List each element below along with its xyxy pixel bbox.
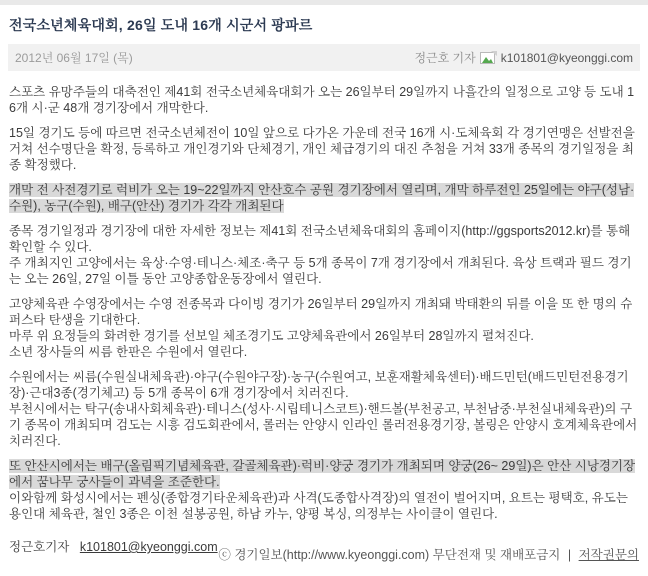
footer-separator: | — [568, 548, 571, 562]
paragraph-text: 15일 경기도 등에 따르면 전국소년체전이 10일 앞으로 다가온 가운데 전… — [9, 126, 638, 172]
reporter-email-link[interactable]: k101801@kyeonggi.com — [501, 51, 633, 65]
article-date: 2012년 06월 17일 (목) — [15, 49, 133, 66]
article-paragraph: 또 안산시에서는 배구(올림픽기념체육관, 갈골체육관)·럭비·양궁 경기가 개… — [9, 458, 639, 522]
copyright-text: ⓒ 경기일보(http://www.kyeonggi.com) 무단전재 및 재… — [218, 548, 560, 562]
signature-name: 정근호기자 — [9, 540, 69, 554]
reporter-info: 정근호 기자 k101801@kyeonggi.com — [414, 49, 633, 66]
article-paragraph: 15일 경기도 등에 따르면 전국소년체전이 10일 앞으로 다가온 가운데 전… — [9, 125, 639, 173]
highlighted-text: 또 안산시에서는 배구(올림픽기념체육관, 갈골체육관)·럭비·양궁 경기가 개… — [9, 459, 635, 489]
article-body: 스포츠 유망주들의 대축전인 제41회 전국소년체육대회가 오는 26일부터 2… — [9, 84, 639, 522]
email-image-icon — [480, 51, 497, 65]
reporter-name-label: 정근호 기자 — [414, 49, 475, 66]
paragraph-text: 종목 경기일정과 경기장에 대한 자세한 정보는 제41회 전국소년체육대회의 … — [9, 224, 634, 286]
copyright-footer: ⓒ 경기일보(http://www.kyeonggi.com) 무단전재 및 재… — [218, 545, 639, 563]
article-paragraph: 고양체육관 수영장에서는 수영 전종목과 다이빙 경기가 26일부터 29일까지… — [9, 296, 639, 360]
paragraph-text: 고양체육관 수영장에서는 수영 전종목과 다이빙 경기가 26일부터 29일까지… — [9, 297, 632, 359]
article-paragraph: 종목 경기일정과 경기장에 대한 자세한 정보는 제41회 전국소년체육대회의 … — [9, 223, 639, 287]
article-meta-bar: 2012년 06월 17일 (목) 정근호 기자 k101801@kyeongg… — [8, 44, 640, 71]
signature-email-link[interactable]: k101801@kyeonggi.com — [80, 540, 218, 554]
article-paragraph: 개막 전 사전경기로 럭비가 오는 19~22일까지 안산호수 공원 경기장에서… — [9, 182, 639, 214]
highlighted-text: 개막 전 사전경기로 럭비가 오는 19~22일까지 안산호수 공원 경기장에서… — [9, 183, 634, 213]
paragraph-text: 이와함께 화성시에서는 펜싱(종합경기타운체육관)과 사격(도종합사격장)의 열… — [9, 491, 631, 521]
paragraph-text: 스포츠 유망주들의 대축전인 제41회 전국소년체육대회가 오는 26일부터 2… — [9, 85, 634, 115]
top-border-strip — [0, 0, 648, 5]
paragraph-text: 수원에서는 씨름(수원실내체육관)·야구(수원야구장)·농구(수원여고, 보훈재… — [9, 370, 641, 448]
article-paragraph: 스포츠 유망주들의 대축전인 제41회 전국소년체육대회가 오는 26일부터 2… — [9, 84, 639, 116]
copyright-inquiry-link[interactable]: 저작권문의 — [579, 548, 639, 562]
article-paragraph: 수원에서는 씨름(수원실내체육관)·야구(수원야구장)·농구(수원여고, 보훈재… — [9, 369, 639, 449]
article-title: 전국소년체육대회, 26일 도내 16개 시군서 팡파르 — [9, 15, 639, 35]
